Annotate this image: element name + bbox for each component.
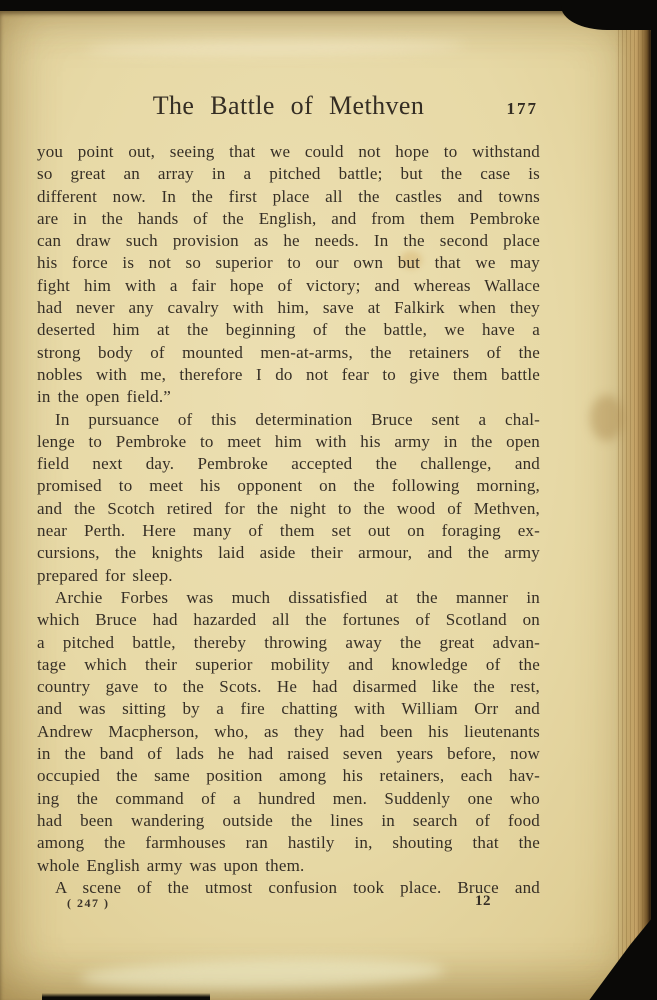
text-line: which Bruce had hazarded all the fortune… <box>37 609 540 631</box>
text-line: near Perth. Here many of them set out on… <box>37 520 540 542</box>
text-line: and was sitting by a fire chatting with … <box>37 698 540 720</box>
text-line: cursions, the knights laid aside their a… <box>37 542 540 564</box>
text-line: lenge to Pembroke to meet him with his a… <box>37 431 540 453</box>
footer-signature-mark: ( 247 ) <box>67 896 110 911</box>
text-line: are in the hands of the English, and fro… <box>37 208 540 230</box>
page-edge-stack <box>615 11 651 1000</box>
body-text: you point out, seeing that we could not … <box>37 141 540 899</box>
text-line: Archie Forbes was much dissatisfied at t… <box>37 587 540 609</box>
page-header: The Battle of Methven 177 <box>37 91 540 125</box>
page-footer: ( 247 ) 12 <box>37 893 540 911</box>
text-line: promised to meet his opponent on the fol… <box>37 475 540 497</box>
text-line: in the band of lads he had raised seven … <box>37 743 540 765</box>
text-line: in the open field.” <box>37 386 540 408</box>
text-line: so great an array in a pitched battle; b… <box>37 163 540 185</box>
text-line: his force is not so superior to our own … <box>37 252 540 274</box>
text-line: had never any cavalry with him, save at … <box>37 297 540 319</box>
printed-content: The Battle of Methven 177 you point out,… <box>37 11 540 1000</box>
book-page: The Battle of Methven 177 you point out,… <box>0 11 651 1000</box>
text-line: fight him with a fair hope of victory; a… <box>37 275 540 297</box>
text-line: tage which their superior mobility and k… <box>37 654 540 676</box>
text-line: prepared for sleep. <box>37 565 540 587</box>
text-line: had been wandering outside the lines in … <box>37 810 540 832</box>
page-number: 177 <box>507 99 539 119</box>
text-line: Andrew Macpherson, who, as they had been… <box>37 721 540 743</box>
text-line: whole English army was upon them. <box>37 855 540 877</box>
chapter-running-title: The Battle of Methven <box>37 91 540 121</box>
text-line: ing the command of a hundred men. Sudden… <box>37 788 540 810</box>
text-line: and the Scotch retired for the night to … <box>37 498 540 520</box>
text-line: strong body of mounted men-at-arms, the … <box>37 342 540 364</box>
book-scan: The Battle of Methven 177 you point out,… <box>0 0 657 1000</box>
text-line: occupied the same position among his ret… <box>37 765 540 787</box>
text-line: country gave to the Scots. He had disarm… <box>37 676 540 698</box>
text-line: a pitched battle, thereby throwing away … <box>37 632 540 654</box>
text-line: nobles with me, therefore I do not fear … <box>37 364 540 386</box>
footer-gathering-number: 12 <box>475 893 491 910</box>
text-line: field next day. Pembroke accepted the ch… <box>37 453 540 475</box>
text-line: can draw such provision as he needs. In … <box>37 230 540 252</box>
text-line: you point out, seeing that we could not … <box>37 141 540 163</box>
text-line: In pursuance of this determination Bruce… <box>37 409 540 431</box>
text-line: deserted him at the beginning of the bat… <box>37 319 540 341</box>
text-line: among the farmhouses ran hastily in, sho… <box>37 832 540 854</box>
text-line: different now. In the first place all th… <box>37 186 540 208</box>
scan-edge-bottom-left <box>42 993 210 1000</box>
